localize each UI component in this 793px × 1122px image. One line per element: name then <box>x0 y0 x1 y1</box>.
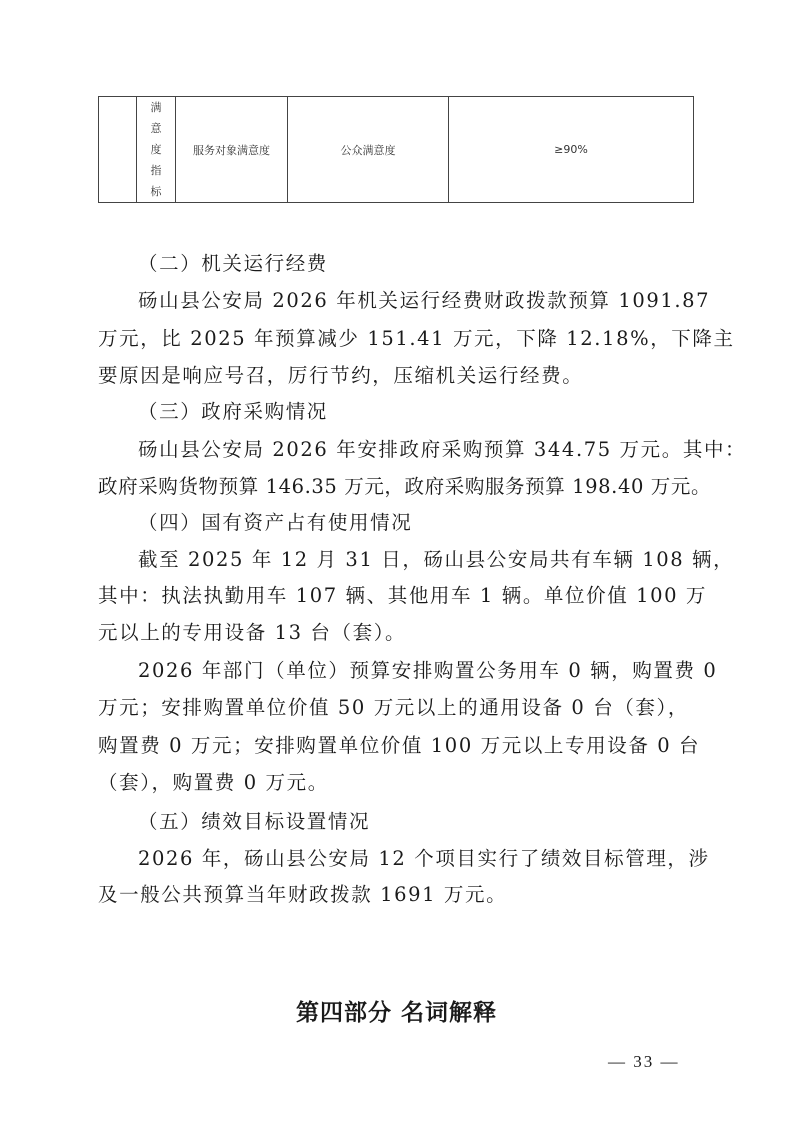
paragraph-line: 政府采购货物预算 146.35 万元，政府采购服务预算 198.40 万元。 <box>98 477 698 497</box>
section-heading-procurement: （三）政府采购情况 <box>138 402 738 422</box>
table-cell-level1 <box>99 97 137 203</box>
table-cell-indicator-category: 满 意 度 指 标 <box>137 97 176 203</box>
vertical-char: 指 <box>137 160 175 181</box>
paragraph-line: （套），购置费 0 万元。 <box>98 773 698 793</box>
paragraph-line: 万元；安排购置单位价值 50 万元以上的通用设备 0 台（套）， <box>98 698 698 718</box>
section-heading-operating-expenses: （二）机关运行经费 <box>138 254 738 274</box>
table-cell-sub-indicator: 服务对象满意度 <box>176 97 288 203</box>
table-cell-indicator-name: 公众满意度 <box>288 97 449 203</box>
performance-indicator-table: 满 意 度 指 标 服务对象满意度 公众满意度 ≥90% <box>98 96 694 203</box>
vertical-char: 满 <box>137 97 175 118</box>
part-title: 第四部分 名词解释 <box>0 994 793 1027</box>
paragraph-line: 2026 年，砀山县公安局 12 个项目实行了绩效目标管理，涉 <box>138 849 698 869</box>
table-cell-target-value: ≥90% <box>449 97 694 203</box>
vertical-char: 意 <box>137 118 175 139</box>
paragraph-line: 及一般公共预算当年财政拨款 1691 万元。 <box>98 885 698 905</box>
vertical-char: 度 <box>137 139 175 160</box>
table-row: 满 意 度 指 标 服务对象满意度 公众满意度 ≥90% <box>99 97 694 203</box>
paragraph-line: 其中：执法执勤用车 107 辆、其他用车 1 辆。单位价值 100 万 <box>98 586 698 606</box>
paragraph-line: 元以上的专用设备 13 台（套）。 <box>98 623 698 643</box>
paragraph-line: 2026 年部门（单位）预算安排购置公务用车 0 辆，购置费 0 <box>138 661 698 681</box>
paragraph-line: 购置费 0 万元；安排购置单位价值 100 万元以上专用设备 0 台 <box>98 736 698 756</box>
page-number: — 33 — <box>608 1052 680 1072</box>
paragraph-line: 万元，比 2025 年预算减少 151.41 万元，下降 12.18%，下降主 <box>98 329 698 349</box>
vertical-char: 标 <box>137 181 175 202</box>
paragraph-line: 砀山县公安局 2026 年机关运行经费财政拨款预算 1091.87 <box>138 291 698 311</box>
section-heading-state-assets: （四）国有资产占有使用情况 <box>138 513 738 533</box>
paragraph-line: 截至 2025 年 12 月 31 日，砀山县公安局共有车辆 108 辆， <box>138 550 698 570</box>
paragraph-line: 要原因是响应号召，厉行节约，压缩机关运行经费。 <box>98 366 698 386</box>
section-heading-performance-goals: （五）绩效目标设置情况 <box>138 812 738 832</box>
paragraph-line: 砀山县公安局 2026 年安排政府采购预算 344.75 万元。其中： <box>138 440 698 460</box>
